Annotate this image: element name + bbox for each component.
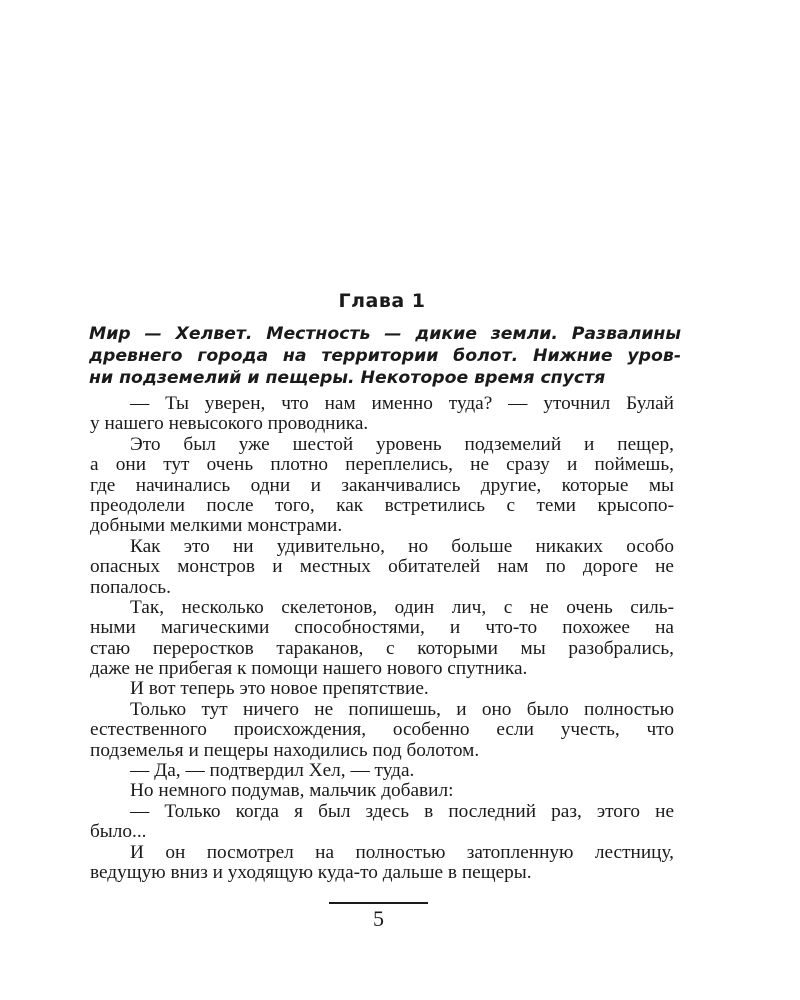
text-line: попалось. [90,578,674,598]
text-line: И он посмотрел на полностью затопленную … [90,843,674,863]
page-number: 5 [329,906,428,932]
text-line: — Да, — подтвердил Хел, — туда. [90,761,674,781]
footer-divider [329,902,428,904]
text-line: где начинались одни и заканчивались друг… [90,476,674,496]
text-line: опасных монстров и местных обитателей на… [90,557,674,577]
text-line: подземелья и пещеры находились под болот… [90,741,674,761]
text-line: у нашего невысокого проводника. [90,414,674,434]
text-line: Как это ни удивительно, но больше никаки… [90,537,674,557]
epigraph-line: древнего города на территории болот. Ниж… [89,345,681,367]
text-line: ведущую вниз и уходящую куда-то дальше в… [90,863,674,883]
text-line: стаю переростков тараканов, с которыми м… [90,639,674,659]
text-line: а они тут очень плотно переплелись, не с… [90,455,674,475]
text-line: — Ты уверен, что нам именно туда? — уточ… [90,394,674,414]
text-line: — Только когда я был здесь в последний р… [90,802,674,822]
chapter-title: Глава 1 [0,290,764,312]
text-line: было... [90,822,674,842]
book-page: Глава 1 Мир — Хелвет. Местность — дикие … [0,0,800,1000]
text-line: естественного происхождения, особенно ес… [90,720,674,740]
chapter-epigraph: Мир — Хелвет. Местность — дикие земли. Р… [89,323,681,389]
body-text: — Ты уверен, что нам именно туда? — уточ… [90,394,674,883]
epigraph-line: Мир — Хелвет. Местность — дикие земли. Р… [89,323,681,345]
text-line: Так, несколько скелетонов, один лич, с н… [90,598,674,618]
text-line: добными мелкими монстрами. [90,516,674,536]
text-line: Но немного подумав, мальчик добавил: [90,781,674,801]
text-line: Только тут ничего не попишешь, и оно был… [90,700,674,720]
epigraph-line: ни подземелий и пещеры. Некоторое время … [89,367,681,389]
text-line: И вот теперь это новое препятствие. [90,679,674,699]
text-line: Это был уже шестой уровень подземелий и … [90,435,674,455]
text-line: даже не прибегая к помощи нашего нового … [90,659,674,679]
text-line: ными магическими способностями, и что-то… [90,618,674,638]
text-line: преодолели после того, как встретились с… [90,496,674,516]
